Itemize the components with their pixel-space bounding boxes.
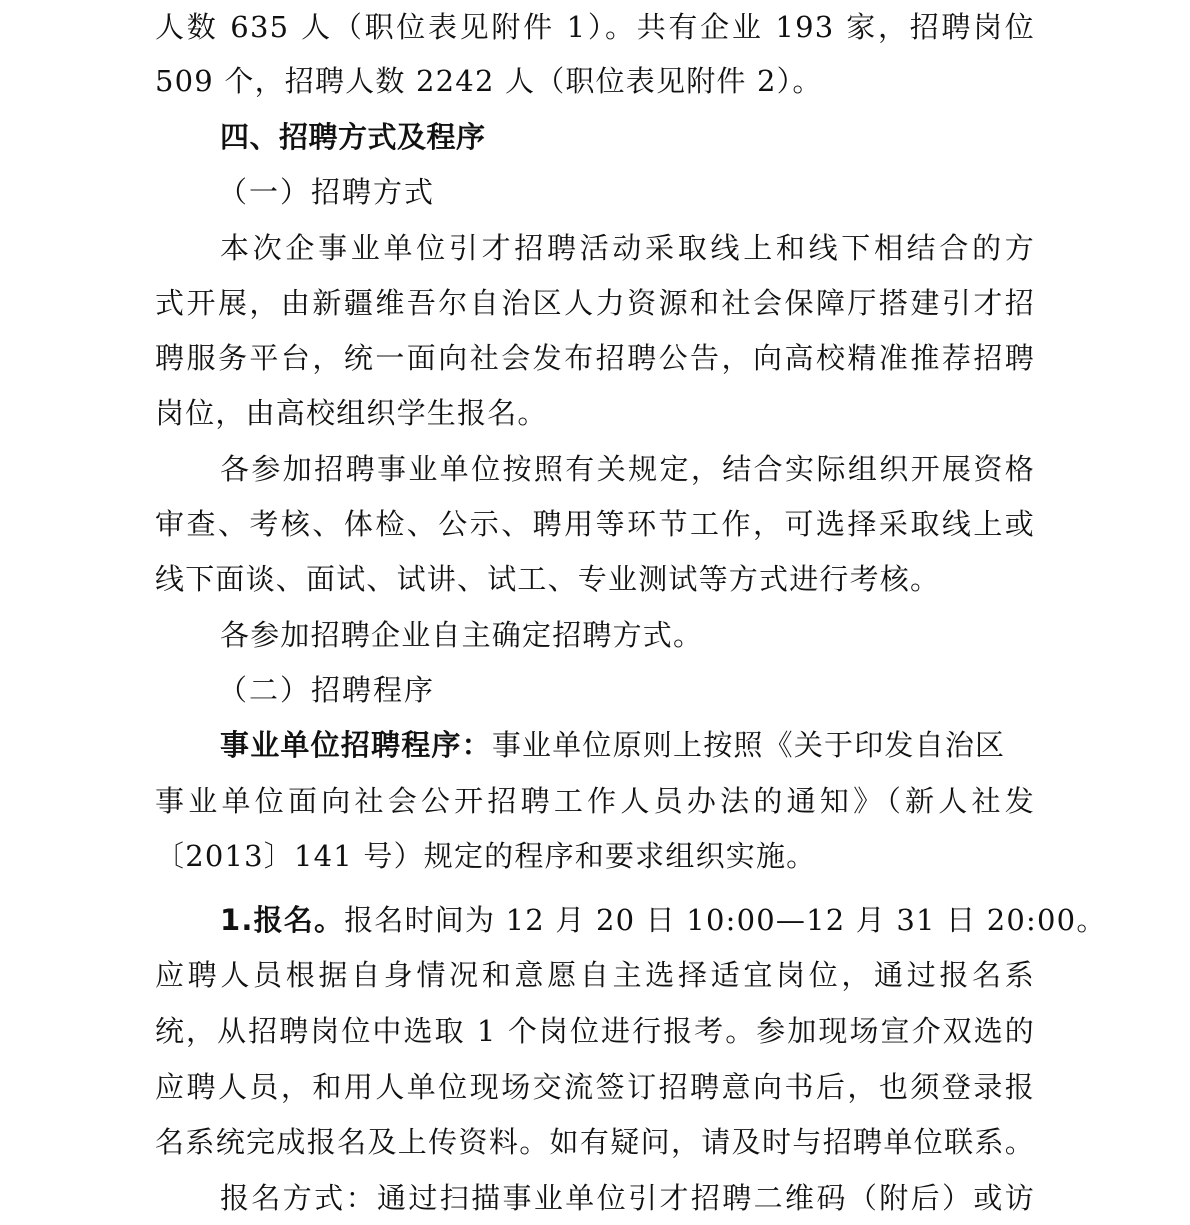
paragraph-line: 各参加招聘事业单位按照有关规定，结合实际组织开展资格: [220, 442, 1035, 496]
body-text-line: 509 个，招聘人数 2242 人（职位表见附件 2）。: [155, 54, 1035, 108]
paragraph-line: 〔2013〕141 号）规定的程序和要求组织实施。: [155, 829, 1035, 883]
subsection-heading: （一）招聘方式: [218, 165, 1098, 219]
body-text-line: 人数 635 人（职位表见附件 1）。共有企业 193 家，招聘岗位: [155, 0, 1035, 54]
paragraph-line: 各参加招聘企业自主确定招聘方式。: [220, 608, 1035, 662]
paragraph-text: 报名时间为 12 月 20 日 10:00—12 月 31 日 20:00。: [344, 903, 1106, 937]
paragraph-line-with-lead: 事业单位招聘程序：事业单位原则上按照《关于印发自治区: [220, 718, 1035, 772]
paragraph-line: 统，从招聘岗位中选取 1 个岗位进行报考。参加现场宣介双选的: [155, 1004, 1035, 1058]
paragraph-line: 线下面谈、面试、试讲、试工、专业测试等方式进行考核。: [155, 552, 1035, 606]
paragraph-text: 事业单位原则上按照《关于印发自治区: [492, 728, 1005, 762]
bold-lead: 1.报名。: [220, 903, 344, 937]
bold-lead: 事业单位招聘程序：: [220, 728, 492, 762]
paragraph-line-with-lead: 1.报名。报名时间为 12 月 20 日 10:00—12 月 31 日 20:…: [220, 893, 1035, 947]
paragraph-line: 岗位，由高校组织学生报名。: [155, 386, 1035, 440]
paragraph-line: 聘服务平台，统一面向社会发布招聘公告，向高校精准推荐招聘: [155, 331, 1035, 385]
paragraph-line: 应聘人员，和用人单位现场交流签订招聘意向书后，也须登录报: [155, 1060, 1035, 1114]
paragraph-line: 应聘人员根据自身情况和意愿自主选择适宜岗位，通过报名系: [155, 948, 1035, 1002]
paragraph-line: 式开展，由新疆维吾尔自治区人力资源和社会保障厅搭建引才招: [155, 276, 1035, 330]
paragraph-line: 名系统完成报名及上传资料。如有疑问，请及时与招聘单位联系。: [155, 1115, 1035, 1169]
section-heading: 四、招聘方式及程序: [220, 110, 1035, 164]
paragraph-line: 本次企事业单位引才招聘活动采取线上和线下相结合的方: [220, 221, 1035, 275]
paragraph-line: 事业单位面向社会公开招聘工作人员办法的通知》（新人社发: [155, 774, 1035, 828]
subsection-heading: （二）招聘程序: [218, 663, 1098, 717]
paragraph-line: 审查、考核、体检、公示、聘用等环节工作，可选择采取线上或: [155, 497, 1035, 551]
document-page: 人数 635 人（职位表见附件 1）。共有企业 193 家，招聘岗位 509 个…: [0, 0, 1190, 1225]
paragraph-line: 报名方式：通过扫描事业单位引才招聘二维码（附后）或访: [220, 1171, 1035, 1225]
